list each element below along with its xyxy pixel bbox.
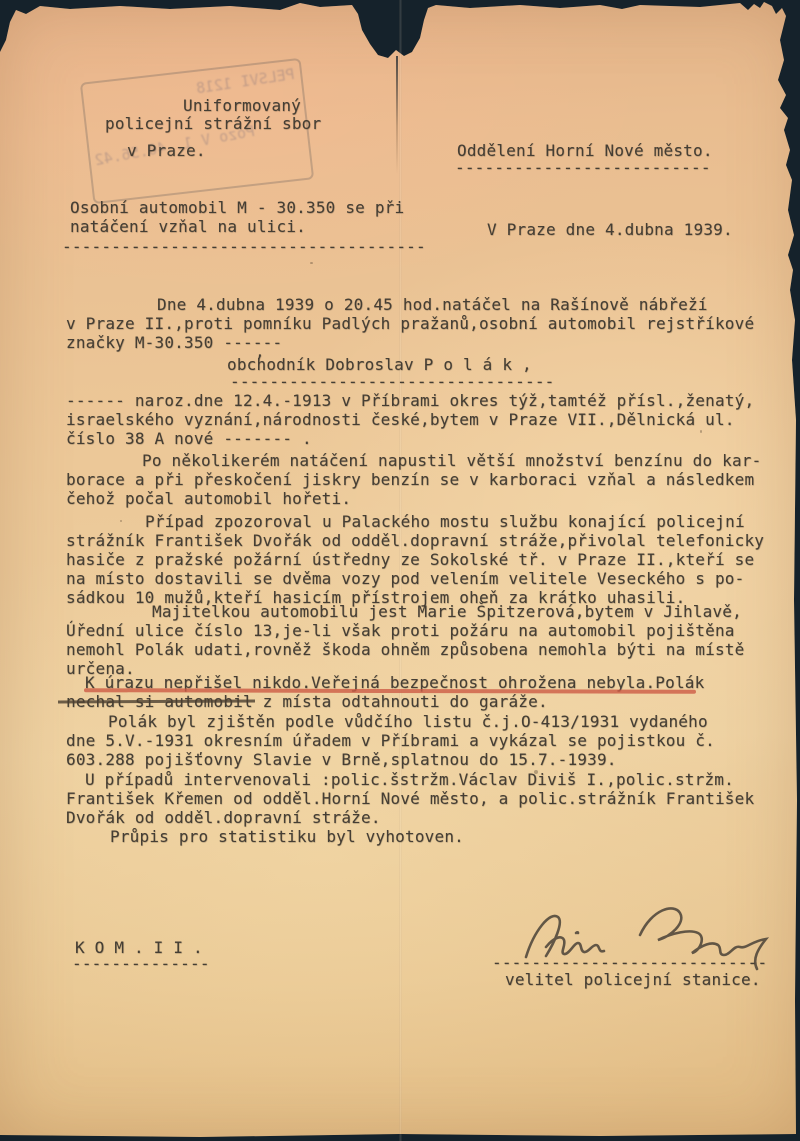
paragraph-line: Dne 4.dubna 1939 o 20.45 hod.natáčel na … bbox=[66, 295, 754, 314]
paragraph-5: Majitelkou automobilu jest Marie Špitzer… bbox=[66, 602, 744, 678]
paragraph-9: Průpis pro statistiku byl vyhotoven. bbox=[66, 827, 464, 846]
kom-underline: -------------- bbox=[72, 954, 210, 973]
paragraph-line: na místo dostavili se dvěma vozy pod vel… bbox=[66, 569, 764, 588]
paragraph-line: ------ naroz.dne 12.4.-1913 v Příbrami o… bbox=[66, 391, 754, 410]
paragraph-line: v Praze II.,proti pomníku Padlých pražan… bbox=[66, 314, 754, 333]
paragraph-line: nemohl Polák udati,rovněž škoda ohněm zp… bbox=[66, 640, 744, 659]
subject-underline: ------------------------------------- bbox=[62, 237, 426, 256]
paragraph-1: Dne 4.dubna 1939 o 20.45 hod.natáčel na … bbox=[66, 295, 754, 352]
paragraph-line: Úřední ulice číslo 13,je-li však proti p… bbox=[66, 621, 744, 640]
org-name-line1: Uniformovaný bbox=[183, 96, 301, 115]
paragraph-line: Dvořák od odděl.dopravní stráže. bbox=[66, 808, 754, 827]
paragraph-line: 603.288 pojišťovny Slavie v Brně,splatno… bbox=[66, 750, 715, 769]
paragraph-line: Majitelkou automobilu jest Marie Špitzer… bbox=[66, 602, 744, 621]
paragraph-line: číslo 38 A nové ------- . bbox=[66, 429, 754, 448]
paragraph-line: Případ zpozoroval u Palackého mostu služ… bbox=[66, 512, 764, 531]
scanned-document: PELSVI 1218 Pozo V 1. 40.56.42 Uniformov… bbox=[0, 0, 800, 1141]
paragraph-line: israelského vyznání,národnosti české,byt… bbox=[66, 410, 754, 429]
paragraph-line: Po několikerém natáčení napustil větší m… bbox=[66, 451, 761, 470]
paragraph-2: ------ naroz.dne 12.4.-1913 v Příbrami o… bbox=[66, 391, 754, 448]
paragraph-3: Po několikerém natáčení napustil větší m… bbox=[66, 451, 761, 508]
paragraph-4: Případ zpozoroval u Palackého mostu služ… bbox=[66, 512, 764, 607]
subject-line2: natáčení vzňal na ulici. bbox=[70, 217, 404, 236]
paragraph-line: dne 5.V.-1931 okresním úřadem v Příbrami… bbox=[66, 731, 715, 750]
paper-speck bbox=[310, 262, 313, 264]
ghost-stamp-text-1: PELSVI 1218 bbox=[195, 65, 296, 97]
paragraph-line: strážník František Dvořák od odděl.dopra… bbox=[66, 531, 764, 550]
paragraph-line: hasiče z pražské požární ústředny ze Sok… bbox=[66, 550, 764, 569]
paragraph-line: U případů intervenovali :polic.šstržm.Vá… bbox=[66, 770, 754, 789]
subject-line1: Osobní automobil M - 30.350 se při bbox=[70, 198, 404, 217]
org-name-line2: policejní strážní sbor bbox=[105, 114, 321, 133]
paragraph-line: čehož počal automobil hořeti. bbox=[66, 489, 761, 508]
paragraph-line: borace a při přeskočení jiskry benzín se… bbox=[66, 470, 761, 489]
paragraph-8: U případů intervenovali :polic.šstržm.Vá… bbox=[66, 770, 754, 827]
paragraph-line: Průpis pro statistiku byl vyhotoven. bbox=[66, 827, 464, 846]
paragraph-line: František Křemen od odděl.Horní Nové měs… bbox=[66, 789, 754, 808]
paper-speck bbox=[120, 520, 122, 522]
paragraph-line: Polák byl zjištěn podle vůdčího listu č.… bbox=[66, 712, 715, 731]
paper-speck bbox=[700, 430, 702, 433]
signature-caption: velitel policejní stanice. bbox=[505, 970, 761, 989]
place-date-line: V Praze dne 4.dubna 1939. bbox=[487, 220, 733, 239]
paragraph-line: značky M-30.350 ------ bbox=[66, 333, 754, 352]
ink-blot bbox=[534, 770, 538, 774]
org-name-line3: v Praze. bbox=[127, 141, 206, 160]
top-tear-crack bbox=[396, 56, 398, 174]
person-underline: --------------------------------- bbox=[230, 372, 554, 391]
paragraph-7: Polák byl zjištěn podle vůdčího listu č.… bbox=[66, 712, 715, 769]
department-underline: -------------------------- bbox=[455, 158, 711, 177]
subject-block: Osobní automobil M - 30.350 se při natáč… bbox=[70, 198, 404, 236]
